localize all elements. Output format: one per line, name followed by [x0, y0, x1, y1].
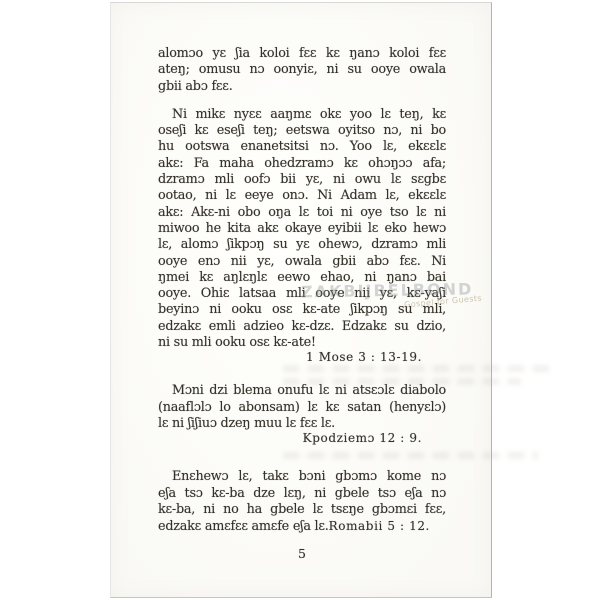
- text-line-with-reference: edzakɛ amɛfɛɛ amɛfe eʃa lɛ.Romabii 5 : 1…: [158, 518, 446, 535]
- text-line: edzakɛ emli adzieo kɛ-dzɛ. Edzakɛ su dzi…: [158, 319, 446, 335]
- text-line: eʃa tsɔ kɛ-ba dze lɛŋ, ni gbele tsɔ eʃa …: [158, 486, 446, 502]
- text-line: (naaflɔlɔ lo abonsam) lɛ kɛ satan (henyɛ…: [158, 400, 446, 416]
- text-line: akɛ: Akɛ-ni obo oŋa lɛ toi ni oye tso lɛ…: [158, 205, 446, 221]
- text-line: akɛ: Fa maha ohedzramɔ kɛ ohɔŋɔɔ afa;: [158, 156, 446, 172]
- text-line: alomɔo yɛ ʃia koloi fɛɛ kɛ ŋanɔ koloi fɛ…: [158, 46, 446, 62]
- text-line: lɛ, alomɔ ʃikpɔŋ su yɛ ohewɔ, dzramɔ mli: [158, 237, 446, 253]
- page-number: 5: [158, 546, 446, 562]
- paragraph: Ni mikɛ nyɛɛ aaŋmɛ okɛ yoo lɛ teŋ, kɛose…: [158, 107, 446, 364]
- paragraph: Mɔni dzi blema onufu lɛ ni atsɛɔlɛ diabo…: [158, 383, 446, 445]
- text-line: ooye. Ohiɛ latsaa mli ooye nii yɛ, kɛ-ya…: [158, 286, 446, 302]
- text-line: beyinɔ ni ooku osɛ kɛ-ate ʃikpɔŋ su mli,: [158, 302, 446, 318]
- text-line: lɛ ni ʃiʃiuɔ dzeŋ muu lɛ fɛɛ lɛ.: [158, 416, 446, 432]
- text-line: ni su mli ooku osɛ kɛ-ate!: [158, 335, 446, 351]
- text-line: hu ootswa enanetsitsi nɔ. Yoo lɛ, ekɛɛlɛ: [158, 139, 446, 155]
- text-line: gbii abɔ fɛɛ.: [158, 79, 446, 95]
- text-line: oseʃi kɛ eseʃi teŋ; eetswa oyitso nɔ, ni…: [158, 123, 446, 139]
- text-line: kɛ-ba, ni no ha gbele lɛ tsɛŋe gbɔmɛi fɛ…: [158, 502, 446, 518]
- text-line: Mɔni dzi blema onufu lɛ ni atsɛɔlɛ diabo…: [158, 383, 446, 399]
- scanned-book-page: alomɔo yɛ ʃia koloi fɛɛ kɛ ŋanɔ koloi fɛ…: [110, 2, 492, 598]
- text-line: Enɛhewɔ lɛ, takɛ bɔni gbɔmɔ kome nɔ: [158, 469, 446, 485]
- paragraph: alomɔo yɛ ʃia koloi fɛɛ kɛ ŋanɔ koloi fɛ…: [158, 46, 446, 95]
- paragraph: Enɛhewɔ lɛ, takɛ bɔni gbɔmɔ kome nɔeʃa t…: [158, 469, 446, 535]
- scripture-reference: 1 Mose 3 : 13-19.: [158, 350, 446, 364]
- scripture-reference: Romabii 5 : 12.: [329, 518, 430, 534]
- text-line: ateŋ; omusu nɔ oonyiɛ, ni su ooye owala: [158, 62, 446, 78]
- text-line: ootao, ni lɛ eeye onɔ. Ni Adam lɛ, ekɛɛl…: [158, 188, 446, 204]
- text-line: miwoo he kita akɛ okaye eyibii lɛ eko he…: [158, 221, 446, 237]
- text-line: ŋmei kɛ aŋlɛŋlɛ eewo ehao, ni ŋanɔ bai: [158, 270, 446, 286]
- text-column: alomɔo yɛ ʃia koloi fɛɛ kɛ ŋanɔ koloi fɛ…: [158, 46, 446, 563]
- text-line: dzramɔ mli oofɔ bii yɛ, ni owu lɛ sɛgbɛ: [158, 172, 446, 188]
- text-fragment: edzakɛ amɛfɛɛ amɛfe eʃa lɛ.: [158, 519, 329, 535]
- scripture-reference: Kpodziemɔ 12 : 9.: [158, 431, 446, 445]
- text-line: ooye enɔ nii yɛ, owala gbii abɔ fɛɛ. Ni: [158, 254, 446, 270]
- text-line: Ni mikɛ nyɛɛ aaŋmɛ okɛ yoo lɛ teŋ, kɛ: [158, 107, 446, 123]
